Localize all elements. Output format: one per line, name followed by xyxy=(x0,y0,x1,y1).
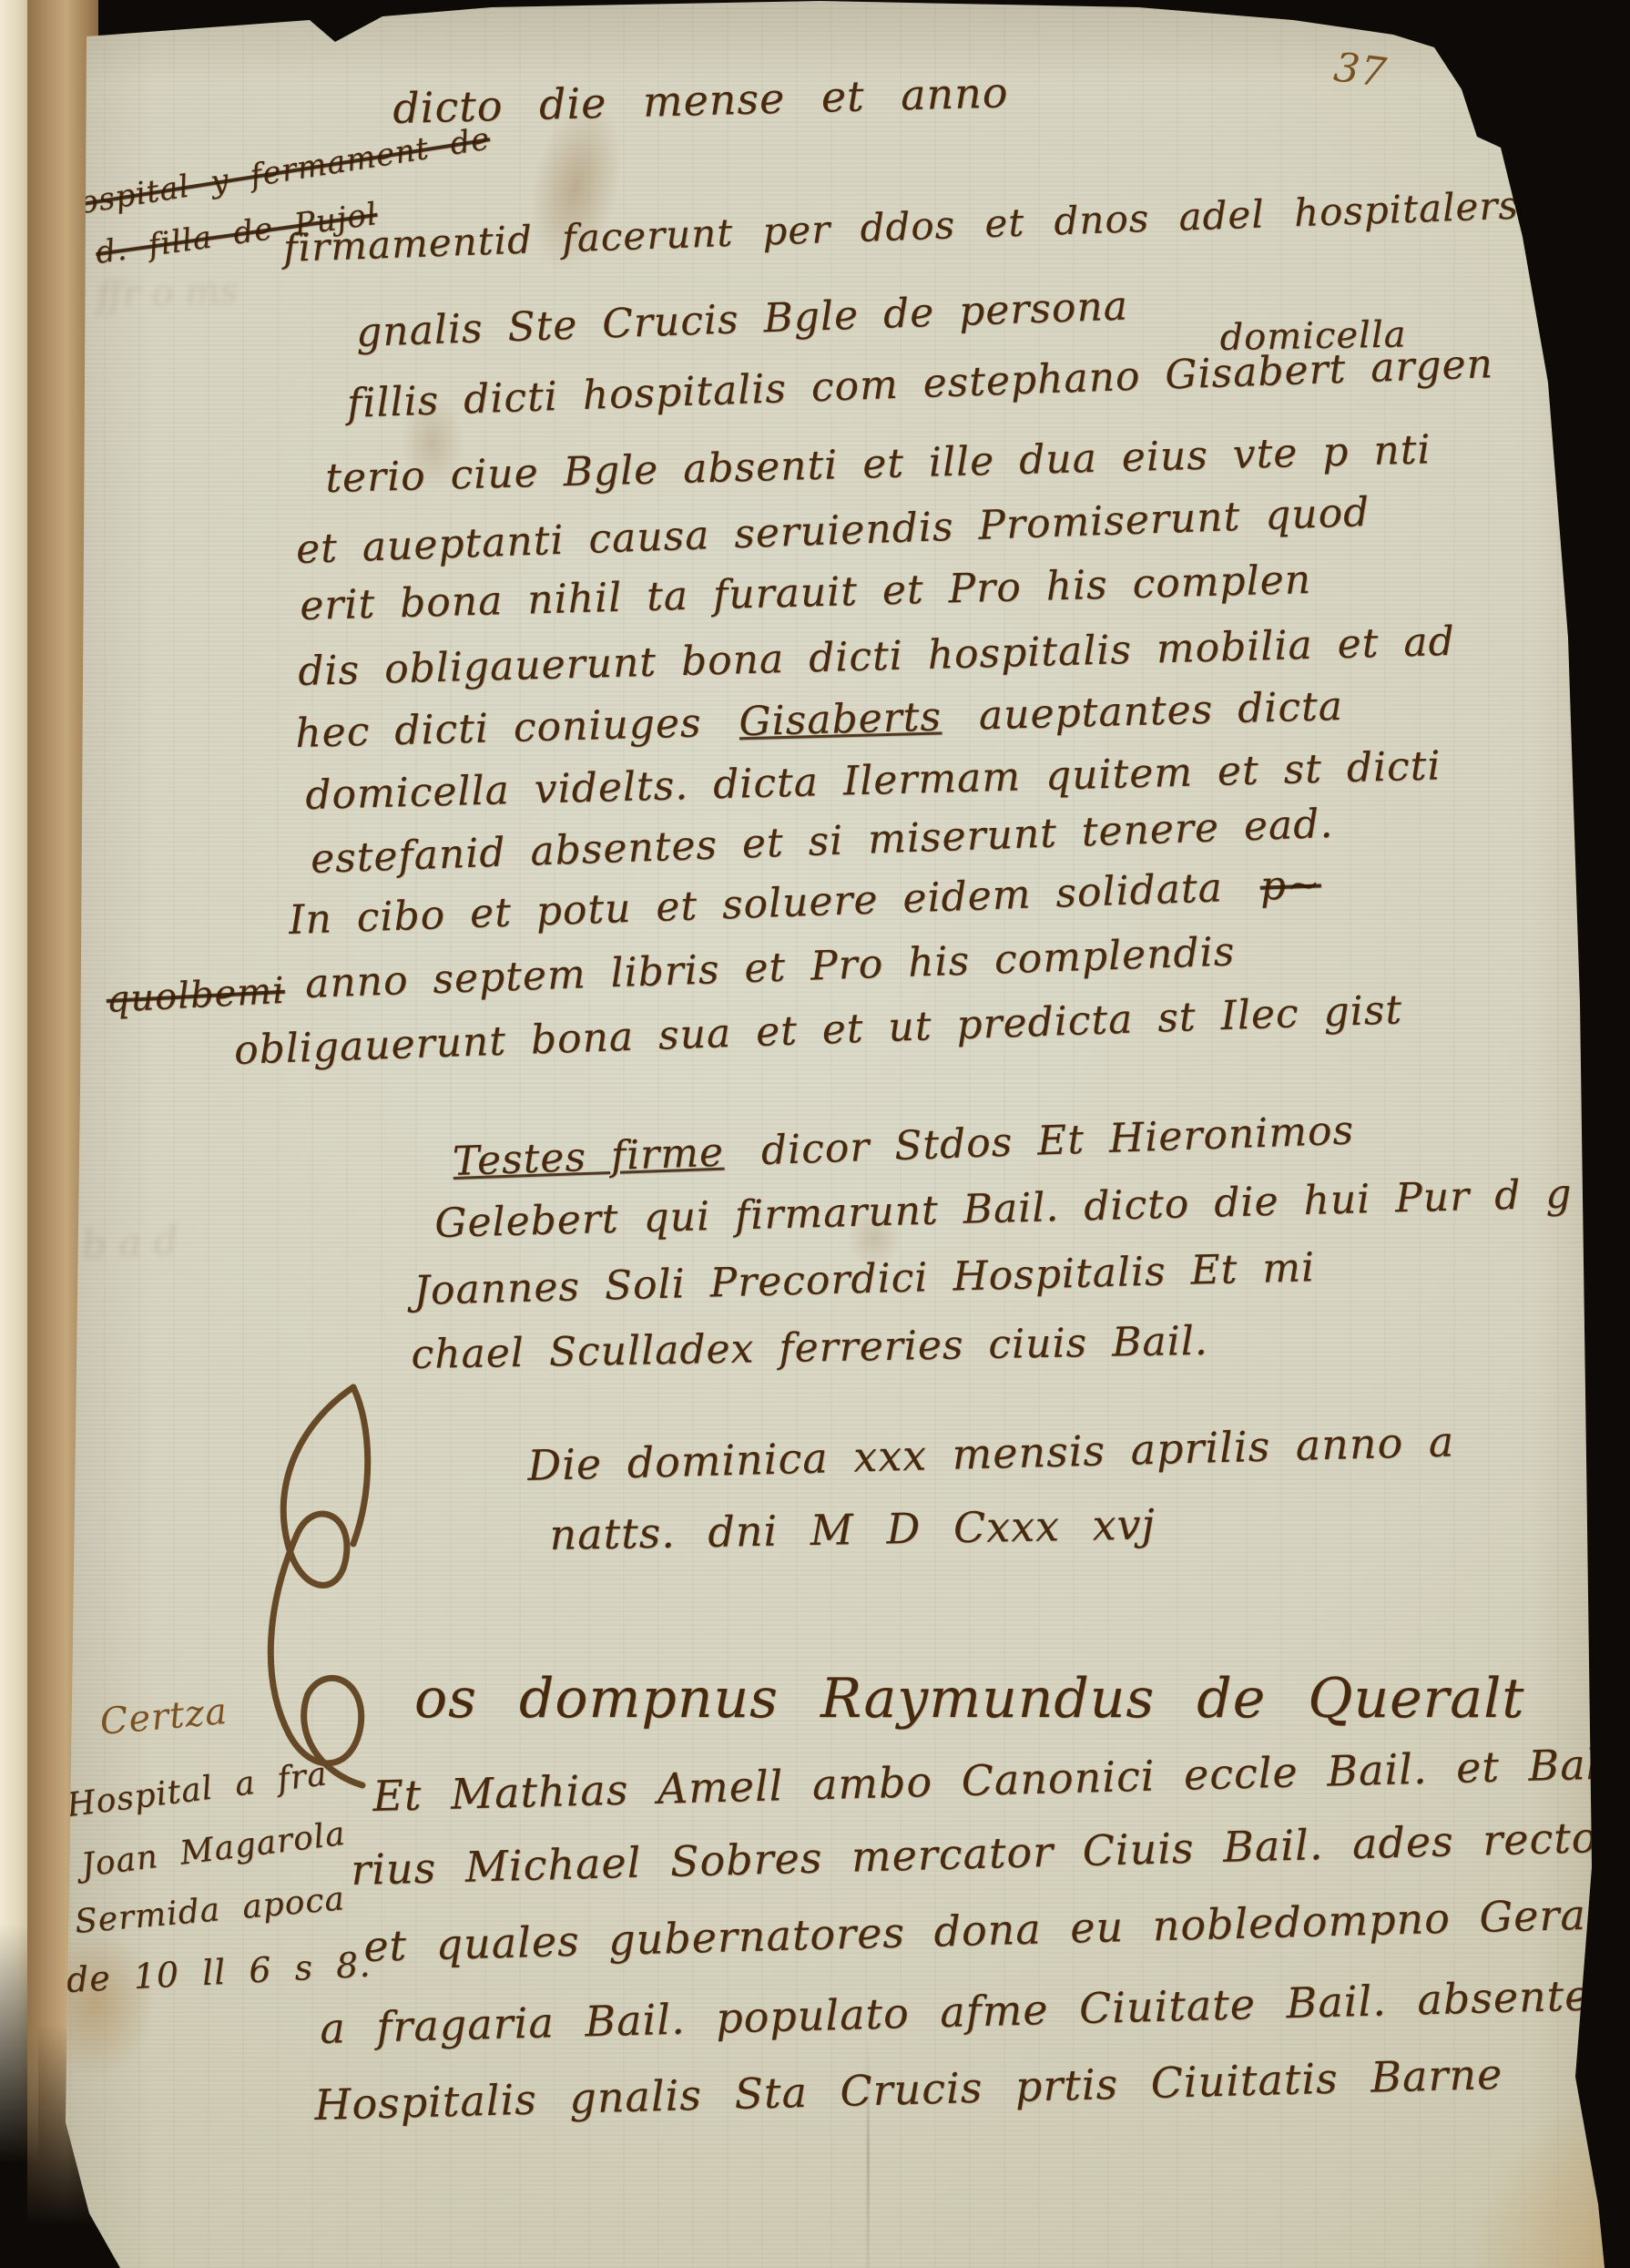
manuscript-line: Et Mathias Amell ambo Canonici eccle Bai… xyxy=(372,1739,1630,1821)
line-fragment: hec dicti coniuges xyxy=(295,700,702,757)
manuscript-photo: e ffr o ms b a d 37 dicto die mense et a… xyxy=(0,0,1630,2268)
margin-note: Hospital a fra xyxy=(65,1755,330,1824)
manuscript-page: e ffr o ms b a d 37 dicto die mense et a… xyxy=(0,0,1630,2268)
show-through-stain: b a d xyxy=(81,1218,179,1267)
corner-fold xyxy=(1448,2077,1630,2268)
struck-word: p~ xyxy=(1259,861,1322,909)
manuscript-line: fillis dicti hospitalis com estephano Gi… xyxy=(346,341,1494,427)
manuscript-line: Hospitalis gnalis Sta Crucis prtis Ciuit… xyxy=(314,2049,1503,2130)
manuscript-line-large: os dompnus Raymundus de Queralt xyxy=(414,1667,1524,1731)
testes-keyword: Testes firme xyxy=(452,1129,725,1185)
margin-note: Joan Magarola xyxy=(79,1815,348,1885)
margin-note: Sermida apoca xyxy=(73,1880,346,1941)
underlined-surname: Gisaberts xyxy=(739,693,942,745)
line-fragment: aueptantes dicta xyxy=(978,683,1343,739)
manuscript-line: et quales gubernatores dona eu nobledomp… xyxy=(363,1888,1630,1971)
line-fragment: dicor Stdos Et Hieronimos xyxy=(760,1107,1355,1174)
manuscript-line: chael Sculladex ferreries ciuis Bail. xyxy=(411,1318,1208,1378)
margin-note: Certza xyxy=(98,1691,229,1743)
margin-note: de 10 ll 6 s 8. xyxy=(66,1945,372,2000)
struck-margin-word: quolbemi xyxy=(106,970,286,1021)
manuscript-line: gnalis Ste Crucis Bgle de persona xyxy=(355,282,1129,356)
manuscript-line: Joannes Soli Precordici Hospitalis Et mi xyxy=(413,1244,1316,1314)
decorative-initial xyxy=(217,1371,408,1808)
date-line: Die dominica xxx mensis aprilis anno a xyxy=(527,1416,1455,1490)
manuscript-line: rius Michael Sobres mercator Ciuis Bail.… xyxy=(351,1811,1630,1895)
manuscript-line: firmamentid facerunt per ddos et dnos ad… xyxy=(282,183,1519,271)
manuscript-line: a fragaria Bail. populato afme Ciuitate … xyxy=(320,1970,1591,2053)
manuscript-line: Gelebert qui firmarunt Bail. dicto die h… xyxy=(434,1170,1573,1247)
manuscript-line: dis obligauerunt bona dicti hospitalis m… xyxy=(298,618,1456,695)
show-through-stain: e ffr o ms xyxy=(63,271,239,319)
manuscript-line: hec dicti coniuges Gisaberts aueptantes … xyxy=(295,683,1344,757)
manuscript-line: Testes firme dicor Stdos Et Hieronimos xyxy=(452,1107,1355,1185)
manuscript-line: anno septem libris et Pro his complendis xyxy=(304,928,1236,1007)
folio-number: 37 xyxy=(1331,44,1390,97)
date-line: natts. dni M D Cxxx xvj xyxy=(549,1499,1156,1559)
manuscript-line: terio ciue Bgle absenti et ille dua eius… xyxy=(325,426,1431,502)
